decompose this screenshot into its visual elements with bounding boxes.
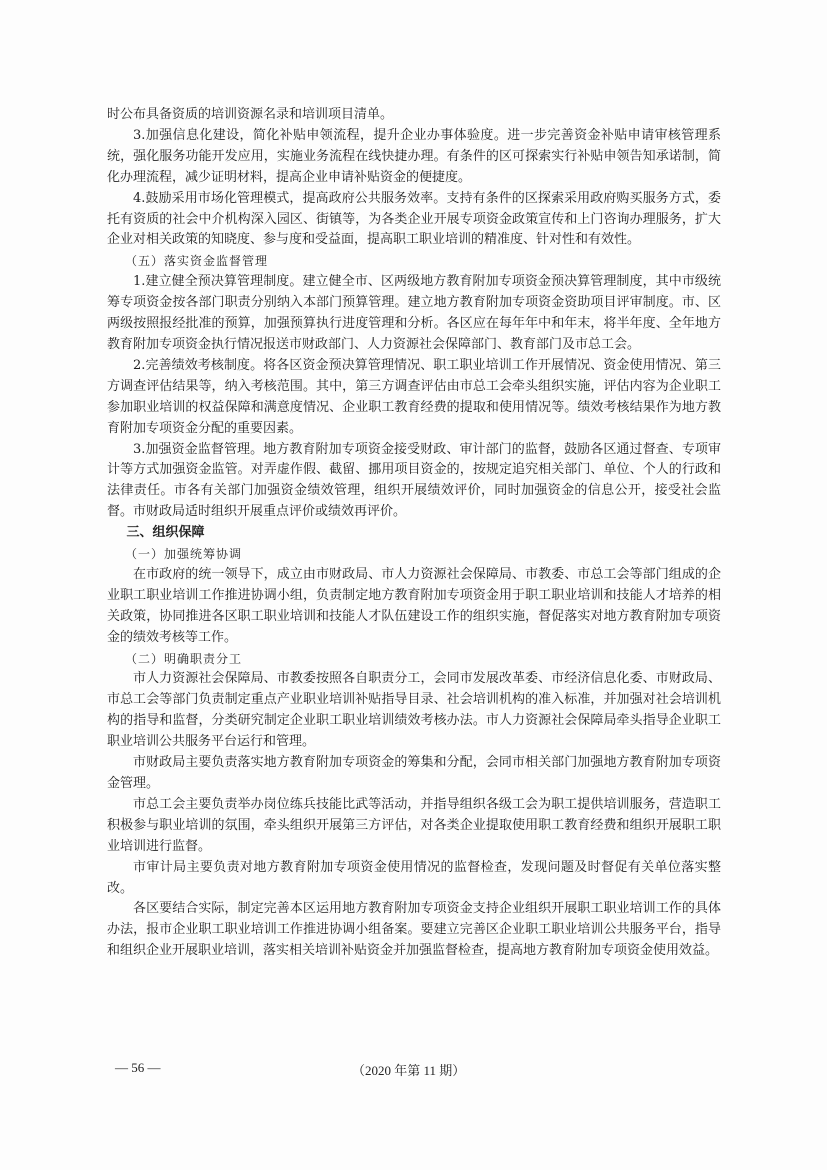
document-body: 时公布具备资质的培训资源名录和培训项目清单。 3.加强信息化建设，简化补贴申领流…	[107, 105, 721, 962]
paragraph-continuation: 时公布具备资质的培训资源名录和培训项目清单。	[107, 105, 721, 126]
section-heading-organization: 三、组织保障	[107, 523, 721, 544]
paragraph-item-2-performance: 2.完善绩效考核制度。将各区资金预决算管理情况、职工职业培训工作开展情况、资金使…	[107, 356, 721, 440]
issue-label: （2020 年第 11 期）	[352, 1060, 465, 1079]
page-footer: — 56 — （2020 年第 11 期）	[107, 1060, 721, 1082]
paragraph-coordination: 在市政府的统一领导下，成立由市财政局、市人力资源社会保障局、市教委、市总工会等部…	[107, 565, 721, 649]
paragraph-trade-union: 市总工会主要负责举办岗位练兵技能比武等活动，并指导组织各级工会为职工提供培训服务…	[107, 795, 721, 858]
subheading-responsibilities: （二）明确职责分工	[107, 649, 721, 670]
paragraph-finance-bureau: 市财政局主要负责落实地方教育附加专项资金的筹集和分配，会同市相关部门加强地方教育…	[107, 753, 721, 795]
paragraph-item-4-market-management: 4.鼓励采用市场化管理模式，提高政府公共服务效率。支持有条件的区探索采用政府购买…	[107, 189, 721, 252]
document-page: 时公布具备资质的培训资源名录和培训项目清单。 3.加强信息化建设，简化补贴申领流…	[0, 0, 827, 1170]
paragraph-audit-bureau: 市审计局主要负责对地方教育附加专项资金使用情况的监督检查，发现问题及时督促有关单…	[107, 858, 721, 900]
paragraph-hr-bureau: 市人力资源社会保障局、市教委按照各自职责分工，会同市发展改革委、市经济信息化委、…	[107, 669, 721, 753]
paragraph-item-1-budget: 1.建立健全预决算管理制度。建立健全市、区两级地方教育附加专项资金预决算管理制度…	[107, 272, 721, 356]
paragraph-item-3-informatization: 3.加强信息化建设，简化补贴申领流程，提升企业办事体验度。进一步完善资金补贴申请…	[107, 126, 721, 189]
paragraph-item-3-supervision: 3.加强资金监督管理。地方教育附加专项资金接受财政、审计部门的监督，鼓励各区通过…	[107, 440, 721, 524]
subheading-fund-supervision: （五）落实资金监督管理	[107, 251, 721, 272]
page-number: — 56 —	[115, 1060, 161, 1076]
subheading-coordination: （一）加强统筹协调	[107, 544, 721, 565]
paragraph-districts: 各区要结合实际，制定完善本区运用地方教育附加专项资金支持企业组织开展职工职业培训…	[107, 899, 721, 962]
